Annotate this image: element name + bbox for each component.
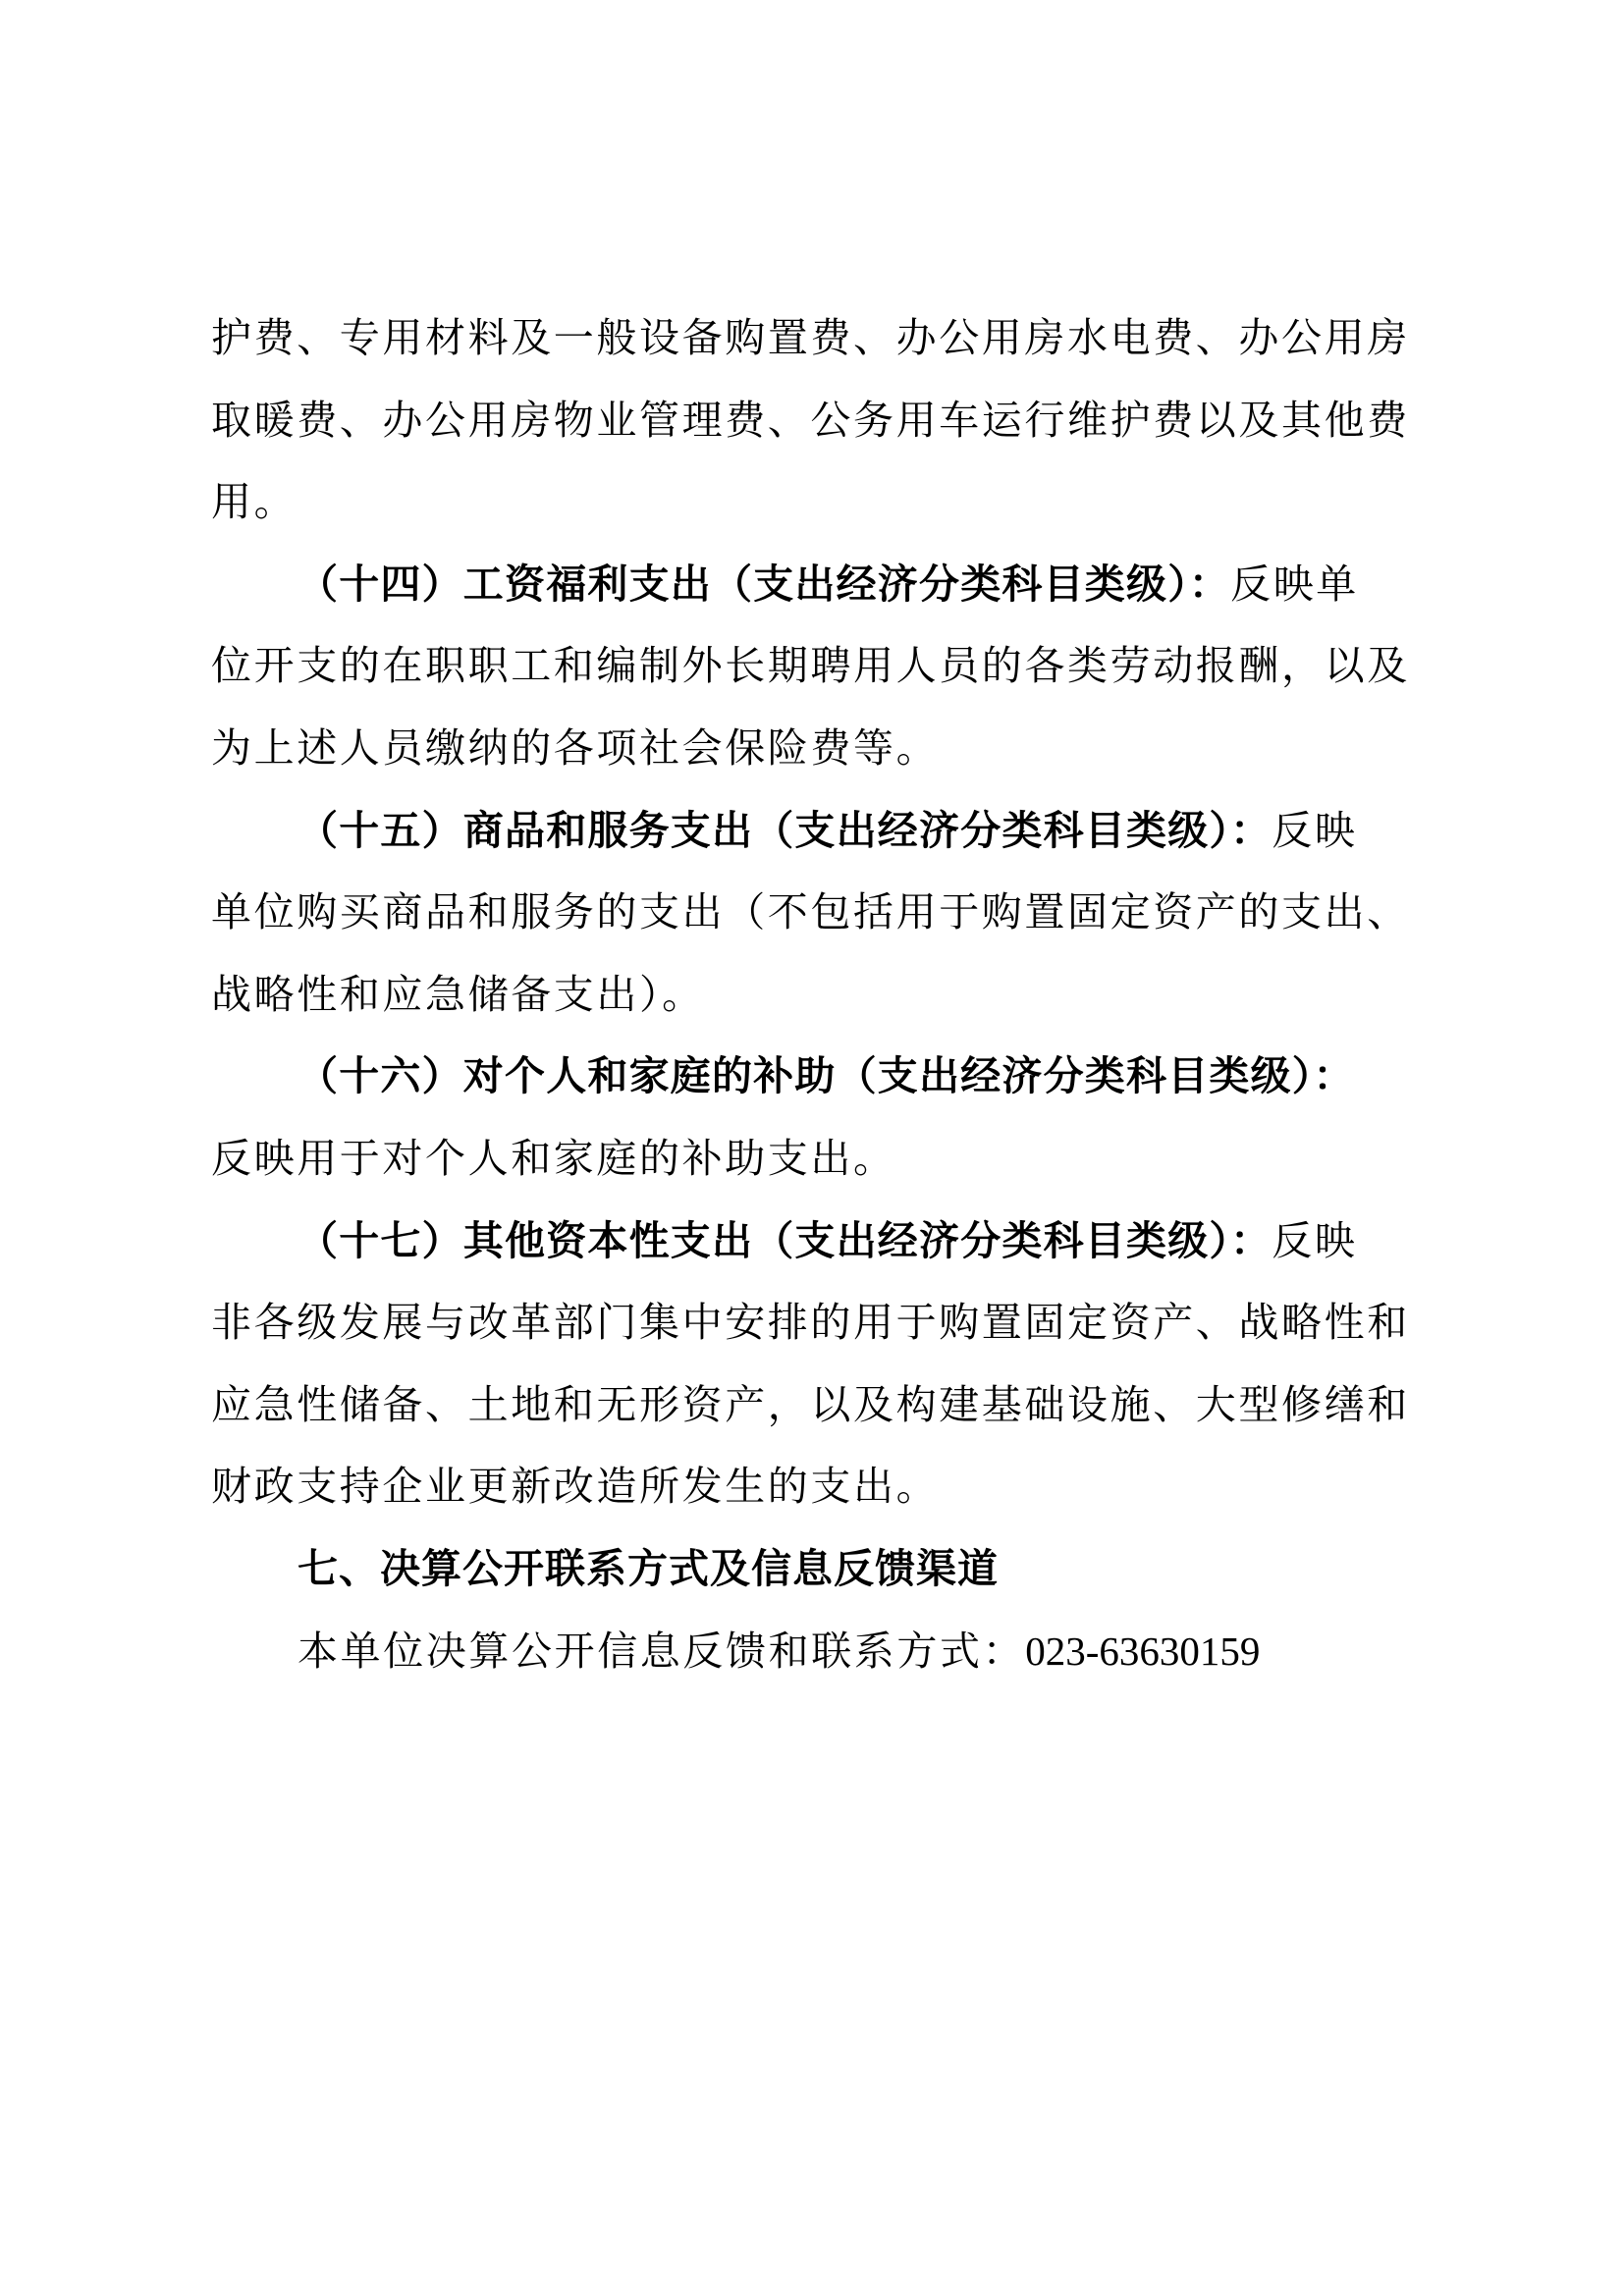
item-15-term: （十五）商品和服务支出（支出经济分类科目类级）： [298, 807, 1272, 854]
item-15-desc-start: 反映 [1272, 807, 1357, 854]
paragraph-line: 应急性储备、土地和无形资产，以及构建基础设施、大型修缮和 [211, 1375, 1419, 1458]
document-page: 护费、专用材料及一般设备购置费、办公用房水电费、办公用房 取暖费、办公用房物业管… [211, 308, 1419, 1703]
contact-line: 本单位决算公开信息反馈和联系方式：023-63630159 [211, 1622, 1419, 1704]
paragraph-line: 战略性和应急储备支出）。 [211, 965, 1419, 1047]
item-17-desc-start: 反映 [1272, 1217, 1357, 1264]
paragraph-line: 非各级发展与改革部门集中安排的用于购置固定资产、战略性和 [211, 1293, 1419, 1375]
item-14-term: （十四）工资福利支出（支出经济分类科目类级）： [298, 561, 1230, 608]
contact-label: 本单位决算公开信息反馈和联系方式： [298, 1628, 1025, 1675]
section-7-heading: 七、决算公开联系方式及信息反馈渠道 [211, 1539, 1419, 1622]
item-17-term: （十七）其他资本性支出（支出经济分类科目类级）： [298, 1217, 1272, 1264]
item-14-desc-start: 反映单 [1230, 561, 1359, 608]
item-16-term: （十六）对个人和家庭的补助（支出经济分类科目类级）： [298, 1052, 1355, 1099]
paragraph-line: 护费、专用材料及一般设备购置费、办公用房水电费、办公用房 [211, 308, 1419, 391]
paragraph-line: 单位购买商品和服务的支出（不包括用于购置固定资产的支出、 [211, 882, 1419, 965]
item-16-first-line: （十六）对个人和家庭的补助（支出经济分类科目类级）： [211, 1046, 1419, 1129]
paragraph-line: 取暖费、办公用房物业管理费、公务用车运行维护费以及其他费 [211, 391, 1419, 473]
paragraph-line: 为上述人员缴纳的各项社会保险费等。 [211, 719, 1419, 801]
item-17-first-line: （十七）其他资本性支出（支出经济分类科目类级）：反映 [211, 1211, 1419, 1294]
contact-phone: 023-63630159 [1025, 1629, 1260, 1674]
paragraph-line: 财政支持企业更新改造所发生的支出。 [211, 1457, 1419, 1539]
paragraph-line: 反映用于对个人和家庭的补助支出。 [211, 1129, 1419, 1211]
item-15-first-line: （十五）商品和服务支出（支出经济分类科目类级）：反映 [211, 801, 1419, 883]
paragraph-line: 用。 [211, 472, 1419, 555]
item-14-first-line: （十四）工资福利支出（支出经济分类科目类级）：反映单 [211, 555, 1419, 637]
paragraph-line: 位开支的在职职工和编制外长期聘用人员的各类劳动报酬，以及 [211, 636, 1419, 719]
